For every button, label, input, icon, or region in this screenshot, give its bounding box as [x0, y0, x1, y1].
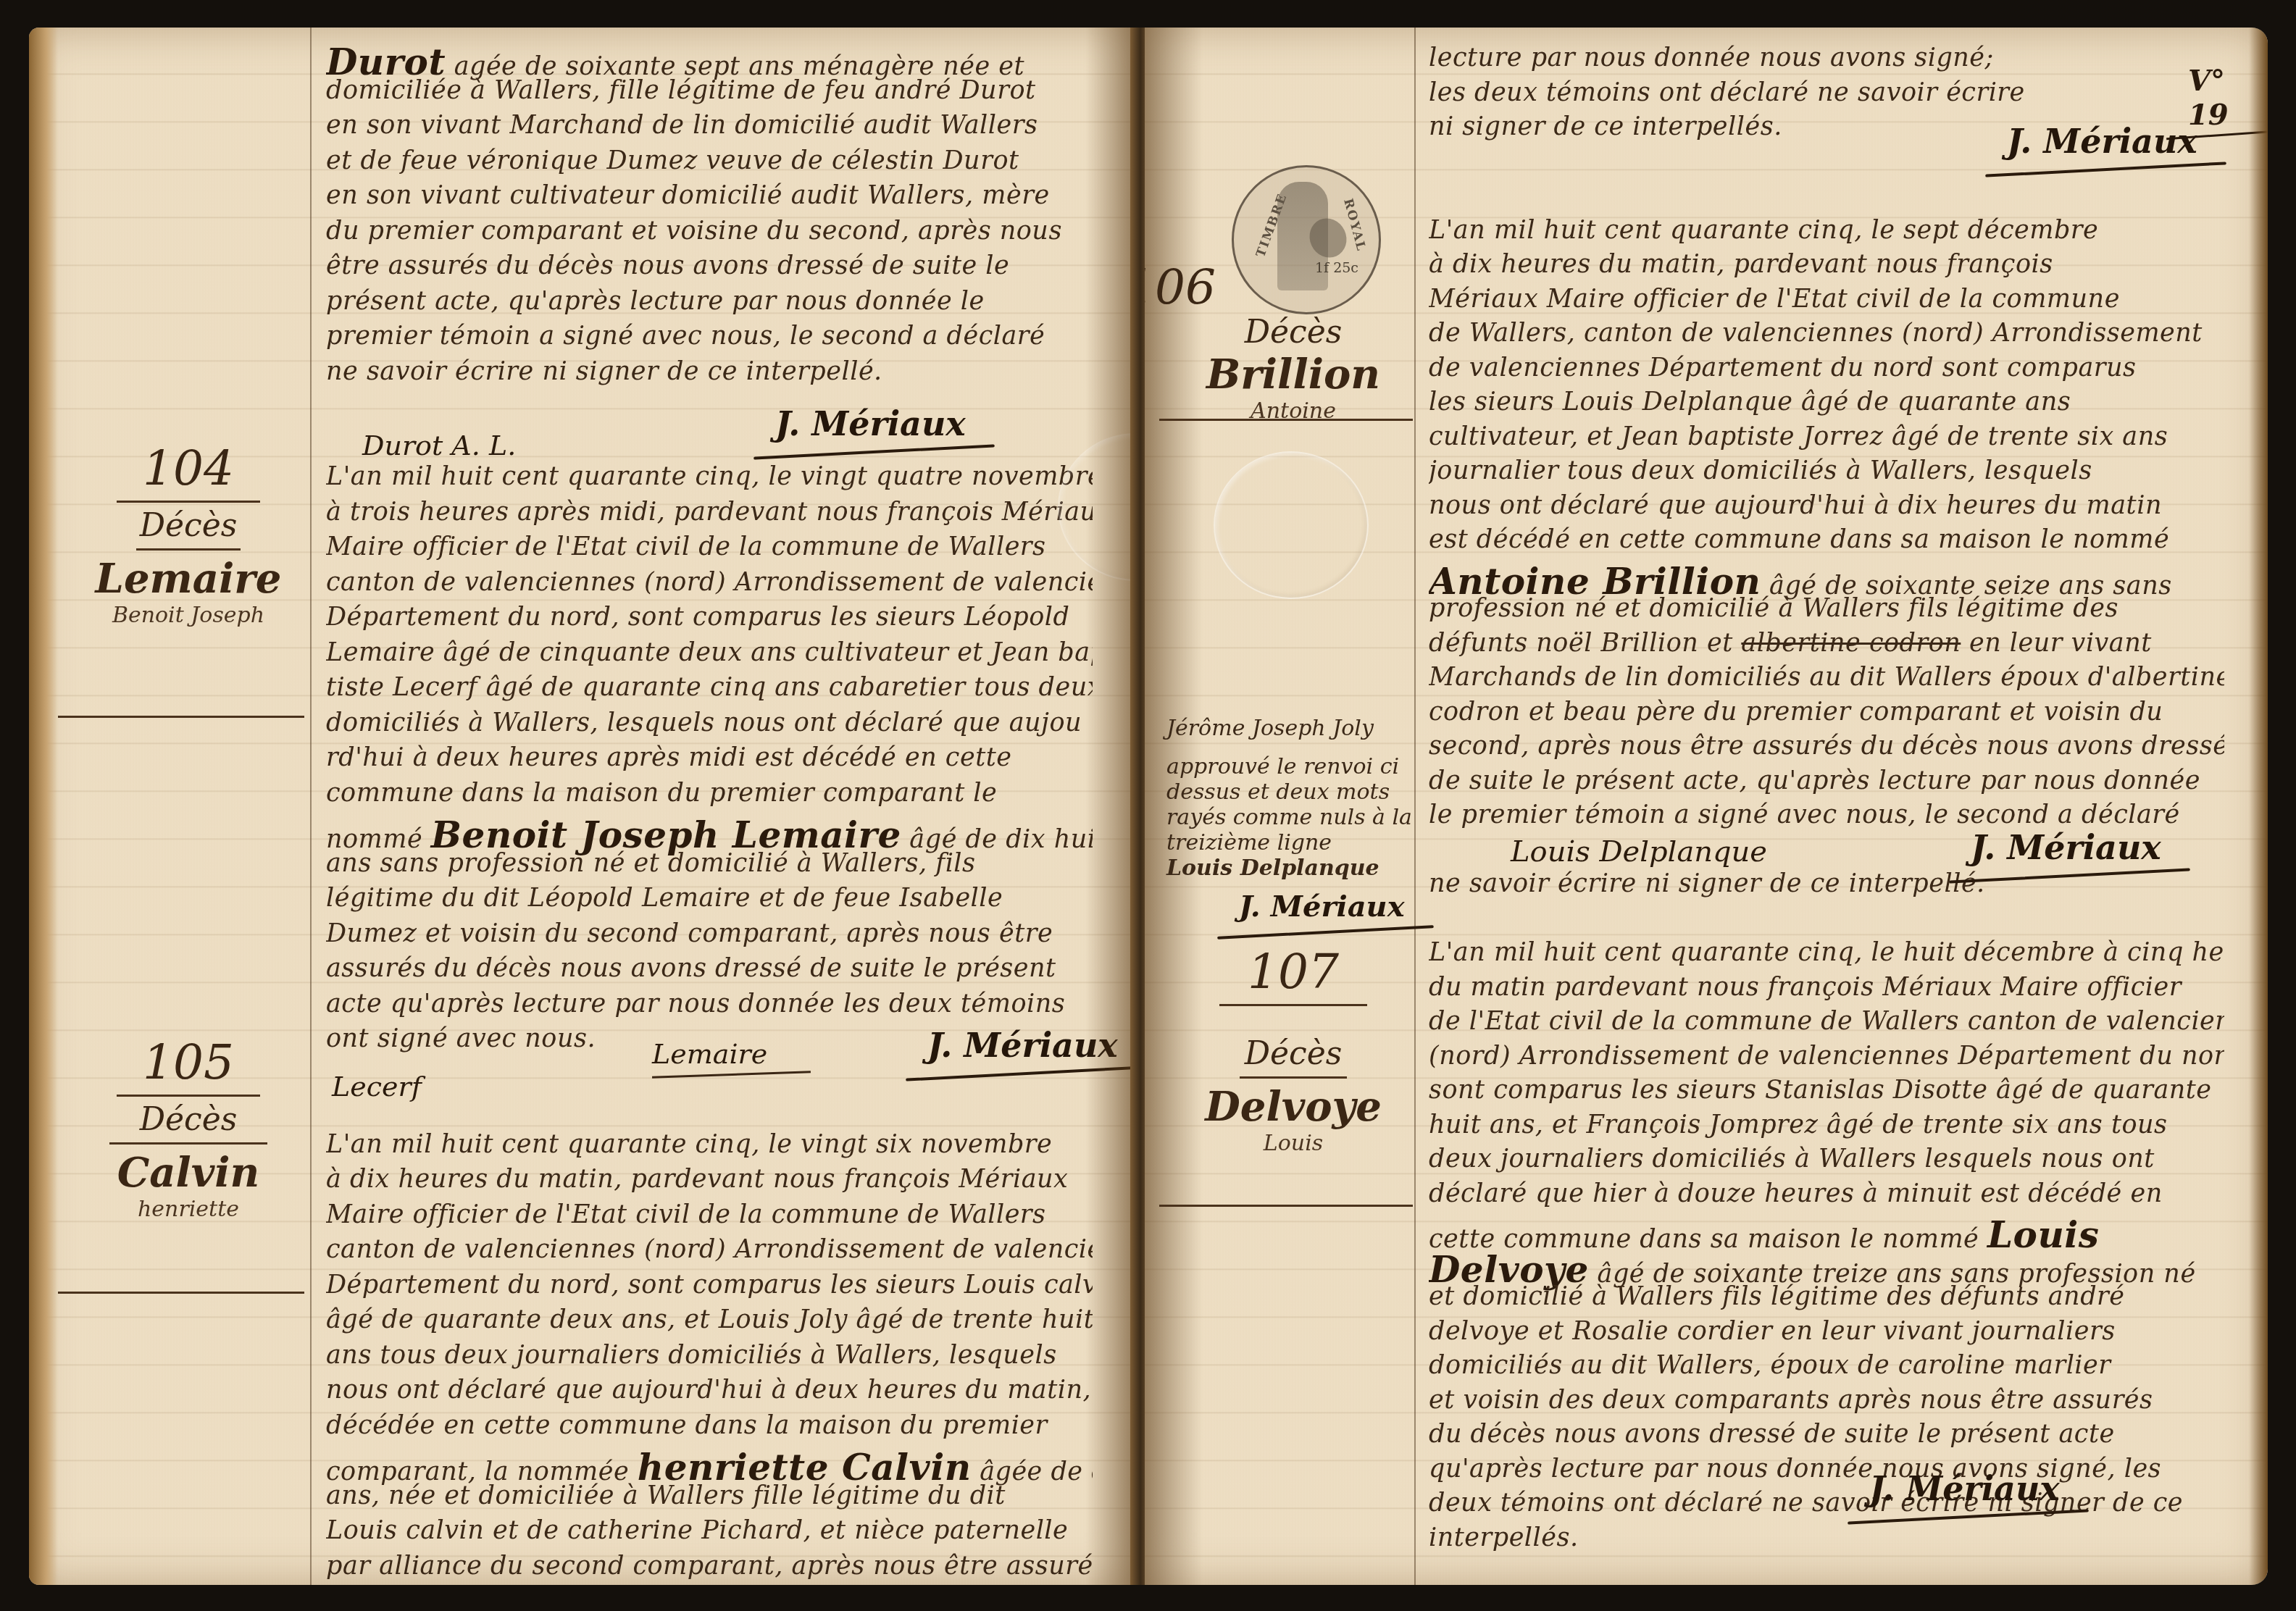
entry-surname: Delvoye [1174, 1083, 1413, 1131]
handwritten-line: défunts noël Brillion et albertine codro… [1429, 629, 2224, 658]
entry-separator [58, 1292, 304, 1294]
entry-number: 104 [72, 440, 304, 496]
entry-type: Décès [1174, 314, 1413, 351]
mayor-signature: J. Mériaux [775, 404, 966, 443]
handwritten-line: huit ans, et François Jomprez âgé de tre… [1429, 1110, 2224, 1139]
handwritten-line: profession né et domicilié à Wallers fil… [1429, 594, 2224, 623]
marginal-note: Jérôme Joseph Joly approuvé le renvoi ci… [1166, 716, 1412, 881]
right-body-text: lecture par nous donnée nous avons signé… [1429, 28, 2224, 1585]
entry-surname: Lemaire [72, 555, 304, 603]
entry-separator [58, 716, 304, 718]
handwritten-line: de l'Etat civil de la commune de Wallers… [1429, 1007, 2224, 1036]
rule-divider [117, 501, 260, 503]
handwritten-line: âgé de quarante deux ans, et Louis Joly … [326, 1305, 1093, 1334]
handwritten-line: en son vivant cultivateur domicilié audi… [326, 181, 1093, 210]
folio-number: V° 19 [2188, 64, 2268, 132]
entry-number: 105 [72, 1034, 304, 1090]
handwritten-line: ans, née et domiciliée à Wallers fille l… [326, 1481, 1093, 1510]
handwritten-line: commune dans la maison du premier compar… [326, 779, 1093, 808]
handwritten-line: et voisin des deux comparants après nous… [1429, 1386, 2224, 1415]
handwritten-line: Maire officier de l'Etat civil de la com… [326, 1200, 1093, 1229]
handwritten-line: du premier comparant et voisine du secon… [326, 217, 1093, 246]
entry-given-names: Louis [1174, 1131, 1413, 1156]
entry-number: 107 [1174, 944, 1413, 1000]
entry-surname: Brillion [1174, 351, 1413, 398]
handwritten-line: delvoye et Rosalie cordier en leur vivan… [1429, 1317, 2224, 1346]
handwritten-line: en son vivant Marchand de lin domicilié … [326, 111, 1093, 140]
handwritten-line: ans tous deux journaliers domiciliés à W… [326, 1341, 1093, 1370]
handwritten-line: L'an mil huit cent quarante cinq, le vin… [326, 1130, 1093, 1159]
handwritten-line: du matin pardevant nous françois Mériaux… [1429, 973, 2224, 1002]
handwritten-line: Louis calvin et de catherine Pichard, et… [326, 1516, 1093, 1545]
handwritten-line: Département du nord, sont comparus les s… [326, 603, 1093, 632]
struck-text: albertine codron [1741, 629, 1961, 658]
rule-divider [136, 548, 241, 551]
handwritten-line: rd'hui à deux heures après midi est décé… [326, 743, 1093, 772]
margin-column: 106 Décès Brillion Antoine Jérôme Joseph… [1174, 28, 1413, 1585]
handwritten-line: Maire officier de l'Etat civil de la com… [326, 532, 1093, 561]
handwritten-line: décédée en cette commune dans la maison … [326, 1411, 1093, 1440]
witness-signature-lemaire: Lemaire [652, 1038, 767, 1070]
handwritten-line: lecture par nous donnée nous avons signé… [1429, 43, 2224, 72]
handwritten-line: déclaré que hier à douze heures à minuit… [1429, 1179, 2224, 1208]
open-register-book: 104 Décès Lemaire Benoit Joseph 105 Décè… [29, 28, 2268, 1585]
entry-header-104: 104 Décès Lemaire Benoit Joseph [72, 440, 304, 628]
margin-rule [1414, 28, 1416, 1585]
handwritten-line: Lemaire âgé de cinquante deux ans cultiv… [326, 638, 1093, 667]
handwritten-line: canton de valenciennes (nord) Arrondisse… [326, 568, 1093, 597]
handwritten-line: sont comparus les sieurs Stanislas Disot… [1429, 1076, 2224, 1105]
handwritten-line: et de feue véronique Dumez veuve de céle… [326, 146, 1093, 175]
rule-divider [1219, 1004, 1368, 1006]
mayor-signature: J. Mériaux [2007, 122, 2197, 161]
handwritten-line: Marchands de lin domiciliés au dit Walle… [1429, 663, 2224, 692]
handwritten-line: de valenciennes Département du nord sont… [1429, 353, 2224, 382]
handwritten-line: est décédé en cette commune dans sa mais… [1429, 525, 2224, 554]
handwritten-line: interpellés. [1429, 1523, 2224, 1552]
handwritten-line: deux journaliers domiciliés à Wallers le… [1429, 1145, 2224, 1173]
left-body-text: Durot agée de soixante sept ans ménagère… [326, 28, 1093, 1585]
left-page: 104 Décès Lemaire Benoit Joseph 105 Décè… [29, 28, 1136, 1585]
margin-column: 104 Décès Lemaire Benoit Joseph 105 Décè… [72, 28, 304, 1585]
handwritten-line: domiciliés au dit Wallers, époux de caro… [1429, 1351, 2224, 1380]
handwritten-line: deux témoins ont déclaré ne savoir écrir… [1429, 1489, 2224, 1518]
handwritten-line: à dix heures du matin, pardevant nous fr… [326, 1165, 1093, 1194]
handwritten-line: L'an mil huit cent quarante cinq, le hui… [1429, 938, 2224, 967]
handwritten-line: domiciliés à Wallers, lesquels nous ont … [326, 708, 1093, 737]
handwritten-line: les sieurs Louis Delplanque âgé de quara… [1429, 388, 2224, 417]
handwritten-line: présent acte, qu'après lecture par nous … [326, 287, 1093, 316]
handwritten-line: à trois heures après midi, pardevant nou… [326, 498, 1093, 527]
entry-header-107: 107 Décès Delvoye Louis [1174, 944, 1413, 1156]
handwritten-line: de suite le présent acte, qu'après lectu… [1429, 766, 2224, 795]
handwritten-line: à dix heures du matin, pardevant nous fr… [1429, 250, 2224, 279]
entry-header-106: Décès Brillion Antoine [1174, 314, 1413, 424]
entry-header-105: 105 Décès Calvin henriette [72, 1034, 304, 1222]
handwritten-line: Dumez et voisin du second comparant, apr… [326, 919, 1093, 948]
handwritten-line: et domicilié à Wallers fils légitime des… [1429, 1282, 2224, 1311]
handwritten-line: domiciliée à Wallers, fille légitime de … [326, 76, 1093, 105]
handwritten-line: ne savoir écrire ni signer de ce interpe… [326, 357, 1093, 386]
handwritten-line: par alliance du second comparant, après … [326, 1552, 1093, 1581]
handwritten-line: canton de valenciennes (nord) Arrondisse… [326, 1235, 1093, 1264]
entry-number-106: 106 [1145, 259, 1217, 315]
margin-rule [310, 28, 312, 1585]
mayor-signature: J. Mériaux [1869, 1469, 2060, 1508]
handwritten-line: le premier témoin a signé avec nous, le … [1429, 800, 2224, 829]
handwritten-line: cultivateur, et Jean baptiste Jorrez âgé… [1429, 422, 2224, 451]
mayor-signature: J. Mériaux [927, 1026, 1118, 1065]
handwritten-line: Département du nord, sont comparus les s… [326, 1271, 1093, 1300]
handwritten-line: être assurés du décès nous avons dressé … [326, 251, 1093, 280]
handwritten-line: premier témoin a signé avec nous, le sec… [326, 322, 1093, 351]
handwritten-line: les deux témoins ont déclaré ne savoir é… [1429, 78, 2224, 107]
witness-signature-delplanque: Louis Delplanque [1511, 835, 1767, 869]
entry-separator [1159, 419, 1413, 421]
handwritten-line: ans sans profession né et domicilié à Wa… [326, 849, 1093, 878]
entry-type: Décès [1174, 1035, 1413, 1072]
entry-number: 106 [1145, 259, 1217, 315]
entry-given-names: henriette [72, 1197, 304, 1222]
handwritten-line: de Wallers, canton de valenciennes (nord… [1429, 319, 2224, 348]
entry-type: Décès [72, 1101, 304, 1138]
rule-divider [109, 1142, 267, 1145]
handwritten-line: L'an mil huit cent quarante cinq, le vin… [326, 462, 1093, 491]
handwritten-line: du décès nous avons dressé de suite le p… [1429, 1420, 2224, 1449]
witness-signature-durot: Durot A. L. [362, 430, 516, 461]
handwritten-line: second, après nous être assurés du décès… [1429, 732, 2224, 761]
mayor-signature: J. Mériaux [1971, 828, 2161, 867]
entry-surname: Calvin [72, 1149, 304, 1197]
handwritten-line: nous ont déclaré que aujourd'hui à dix h… [1429, 491, 2224, 520]
handwritten-line: L'an mil huit cent quarante cinq, le sep… [1429, 216, 2224, 245]
handwritten-line: tiste Lecerf âgé de quarante cinq ans ca… [326, 673, 1093, 702]
handwritten-line: assurés du décès nous avons dressé de su… [326, 954, 1093, 983]
handwritten-line: nous ont déclaré que aujourd'hui à deux … [326, 1376, 1093, 1405]
handwritten-line: qu'après lecture par nous donnée nous av… [1429, 1455, 2224, 1484]
handwritten-line: codron et beau père du premier comparant… [1429, 698, 2224, 727]
handwritten-line: (nord) Arrondissement de valenciennes Dé… [1429, 1042, 2224, 1071]
right-page: TIMBRE ROYAL 1f 25c 106 Décès Brillion A… [1145, 28, 2268, 1585]
mayor-signature: J. Mériaux [1239, 890, 1405, 924]
handwritten-line: acte qu'après lecture par nous donnée le… [326, 989, 1093, 1018]
entry-type: Décès [72, 507, 304, 544]
handwritten-line: journalier tous deux domiciliés à Waller… [1429, 456, 2224, 485]
handwritten-line: Mériaux Maire officier de l'Etat civil d… [1429, 285, 2224, 314]
rule-divider [117, 1095, 260, 1097]
witness-signature-lecerf: Lecerf [332, 1071, 422, 1102]
handwritten-line: légitime du dit Léopold Lemaire et de fe… [326, 884, 1093, 913]
entry-separator [1159, 1205, 1413, 1207]
rule-divider [1240, 1076, 1348, 1079]
entry-given-names: Benoit Joseph [72, 603, 304, 628]
